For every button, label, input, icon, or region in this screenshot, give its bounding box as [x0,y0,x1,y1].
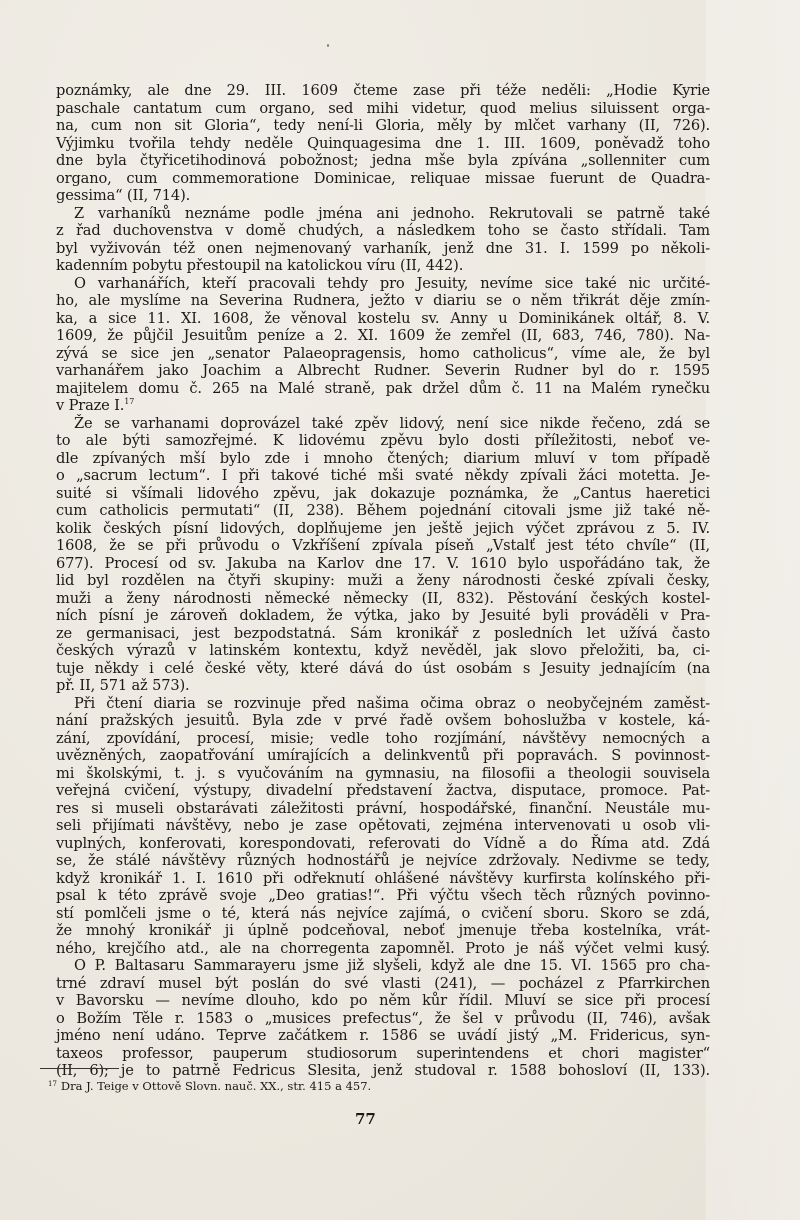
text-line: zání, zpovídání, procesí, misie; vedle t… [56,730,710,748]
paragraph: O P. Baltasaru Sammarayeru jsme již slyš… [56,957,710,1080]
paragraph: Z varhaníků neznáme podle jména ani jedn… [56,205,710,275]
text-line: gessima“ (II, 714). [56,187,710,205]
text-line: nání pražských jesuitů. Byla zde v prvé … [56,712,710,730]
text-line: ka, a sice 11. XI. 1608, že věnoval kost… [56,310,710,328]
text-line: když kronikář 1. I. 1610 při odřeknutí o… [56,870,710,888]
footnote-reference[interactable]: 17 [124,397,134,406]
footnote-number: 17 [48,1080,57,1088]
text-line: veřejná cvičení, výstupy, divadelní před… [56,782,710,800]
text-line: Že se varhanami doprovázel také zpěv lid… [56,415,710,433]
text-line: lid byl rozdělen na čtyři skupiny: muži … [56,572,710,590]
footnote: 17Dra J. Teige v Ottově Slovn. nauč. XX.… [48,1079,371,1093]
text-line: že mnohý kronikář ji úplně podceňoval, n… [56,922,710,940]
text-line: 1608, že se při průvodu o Vzkříšení zpív… [56,537,710,555]
text-line: trné zdraví musel být poslán do své vlas… [56,975,710,993]
text-line: tuje někdy i celé české věty, které dává… [56,660,710,678]
paper-speck [327,44,329,47]
text-line: psal k této zprávě svoje „Deo gratias!“.… [56,887,710,905]
text-line: varhanářem jako Joachim a Albrecht Rudne… [56,362,710,380]
text-line: stí pomlčeli jsme o té, která nás nejvíc… [56,905,710,923]
text-line: ních písní je zároveň dokladem, že výtka… [56,607,710,625]
text-line: vuplných, konferovati, korespondovati, r… [56,835,710,853]
text-line: na, cum non sit Gloria“, tedy není-li Gl… [56,117,710,135]
text-line: dne byla čtyřicetihodinová pobožnost; je… [56,152,710,170]
text-line: majitelem domu č. 265 na Malé straně, pa… [56,380,710,398]
text-line: ze germanisaci, jest bezpodstatná. Sám k… [56,625,710,643]
text-line: poznámky, ale dne 29. III. 1609 čteme za… [56,82,710,100]
page-number: 77 [355,1110,376,1128]
text-line: mi školskými, t. j. s vyučováním na gymn… [56,765,710,783]
text-line: to ale býti samozřejmé. K lidovému zpěvu… [56,432,710,450]
text-line: Z varhaníků neznáme podle jména ani jedn… [56,205,710,223]
text-line: 677). Procesí od sv. Jakuba na Karlov dn… [56,555,710,573]
scanned-page: poznámky, ale dne 29. III. 1609 čteme za… [0,0,800,1220]
text-line: o Božím Těle r. 1583 o „musices prefectu… [56,1010,710,1028]
text-line: se, že stálé návštěvy různých hodnostářů… [56,852,710,870]
paragraph: Při čtení diaria se rozvinuje před našim… [56,695,710,958]
text-line: seli přijímati návštěvy, nebo je zase op… [56,817,710,835]
text-line: suité si všímali lidového zpěvu, jak dok… [56,485,710,503]
body-text: poznámky, ale dne 29. III. 1609 čteme za… [56,82,710,1080]
text-line: ho, ale myslíme na Severina Rudnera, jež… [56,292,710,310]
text-line: Při čtení diaria se rozvinuje před našim… [56,695,710,713]
text-line: ného, krejčího atd., ale na chorregenta … [56,940,710,958]
text-line: z řad duchovenstva v domě chudých, a nás… [56,222,710,240]
text-line: kolik českých písní lidových, doplňujeme… [56,520,710,538]
text-line: v Bavorsku — nevíme dlouho, kdo po něm k… [56,992,710,1010]
text-line: (II, 6); je to patrně Fedricus Slesita, … [56,1062,710,1080]
text-line: O P. Baltasaru Sammarayeru jsme již slyš… [56,957,710,975]
text-line: res si museli obstarávati záležitosti pr… [56,800,710,818]
text-line: př. II, 571 až 573). [56,677,710,695]
text-line: jméno není udáno. Teprve začátkem r. 158… [56,1027,710,1045]
text-line: O varhanářích, kteří pracovali tehdy pro… [56,275,710,293]
text-line: muži a ženy národnosti německé německy (… [56,590,710,608]
line-text: v Praze I. [56,397,124,414]
text-line: v Praze I.17 [56,397,710,415]
text-line: o „sacrum lectum“. I při takové tiché mš… [56,467,710,485]
text-line: zývá se sice jen „senator Palaeopragensi… [56,345,710,363]
text-line: taxeos professor, pauperum studiosorum s… [56,1045,710,1063]
text-line: cum catholicis permutati“ (II, 238). Běh… [56,502,710,520]
text-line: českých výrazů v latinském kontextu, kdy… [56,642,710,660]
text-line: organo, cum commemoratione Dominicae, re… [56,170,710,188]
paragraph: poznámky, ale dne 29. III. 1609 čteme za… [56,82,710,205]
text-line: byl vyživován též onen nejmenovaný varha… [56,240,710,258]
text-line: 1609, že půjčil Jesuitům peníze a 2. XI.… [56,327,710,345]
paragraph: O varhanářích, kteří pracovali tehdy pro… [56,275,710,415]
text-line: paschale cantatum cum organo, sed mihi v… [56,100,710,118]
text-line: kadenním pobytu přestoupil na katolickou… [56,257,710,275]
text-line: uvězněných, zaopatřování umírajících a d… [56,747,710,765]
text-line: Výjimku tvořila tehdy neděle Quinquagesi… [56,135,710,153]
paragraph: Že se varhanami doprovázel také zpěv lid… [56,415,710,695]
footnote-text: Dra J. Teige v Ottově Slovn. nauč. XX., … [61,1079,371,1093]
footnote-divider [40,1068,119,1069]
text-line: dle zpívaných mší bylo zde i mnoho čtený… [56,450,710,468]
